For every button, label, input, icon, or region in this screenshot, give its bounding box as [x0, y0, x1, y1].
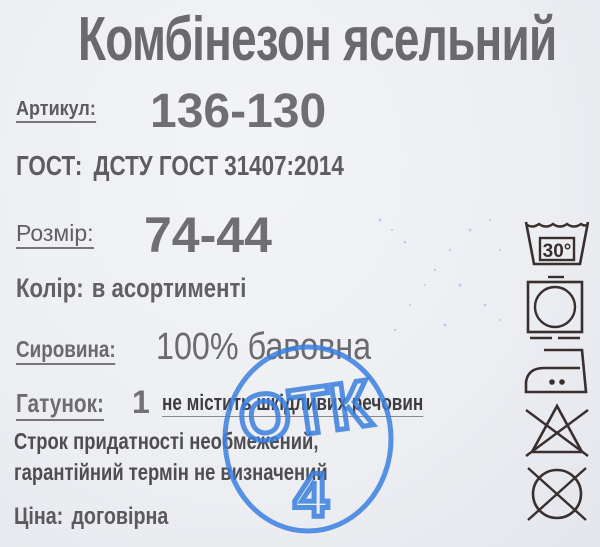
do-not-bleach-icon — [522, 402, 592, 458]
standard-row: ГОСТ:ДСТУ ГОСТ 31407:2014 — [16, 150, 344, 182]
product-label: Комбінезон ясельний Артикул: 136-130 ГОС… — [0, 0, 600, 547]
svg-text:30°: 30° — [543, 241, 572, 262]
size-row: Розмір: 74-44 — [16, 220, 94, 249]
material-row: Сировина: 100% бавовна — [16, 336, 137, 365]
shelf-life-line-2: гарантійний термін не визначений — [14, 459, 328, 486]
standard-label: ГОСТ: — [16, 150, 82, 181]
size-value: 74-44 — [144, 206, 272, 264]
price-label: Ціна: — [14, 503, 63, 530]
material-label: Сировина: — [16, 336, 116, 365]
wash-30-icon: 30° — [522, 218, 592, 268]
ink-speckles — [350, 190, 520, 340]
grade-row: Гатунок: 1 не містить шкідливих речовин — [16, 388, 126, 421]
care-symbols: 30° — [522, 218, 592, 530]
grade-label: Гатунок: — [16, 388, 104, 421]
standard-value: ДСТУ ГОСТ 31407:2014 — [94, 150, 344, 181]
color-label: Колір: — [16, 273, 84, 303]
price-row: Ціна:договірна — [14, 503, 168, 531]
article-row: Артикул: 136-130 — [16, 98, 105, 123]
article-value: 136-130 — [150, 84, 326, 139]
do-not-dry-clean-icon — [522, 464, 592, 524]
article-label: Артикул: — [16, 98, 96, 123]
price-value: договірна — [71, 503, 168, 530]
grade-note: не містить шкідливих речовин — [162, 390, 423, 417]
iron-medium-icon — [522, 346, 592, 396]
size-label: Розмір: — [16, 220, 94, 249]
material-value: 100% бавовна — [156, 326, 371, 369]
tumble-dry-icon — [522, 274, 592, 340]
product-title: Комбінезон ясельний — [78, 4, 522, 75]
shelf-life-line-1: Строк придатності необмежений, — [14, 428, 318, 455]
grade-value: 1 — [132, 384, 150, 421]
color-row: Колір:в асортименті — [16, 273, 246, 304]
color-value: в асортименті — [92, 273, 247, 303]
